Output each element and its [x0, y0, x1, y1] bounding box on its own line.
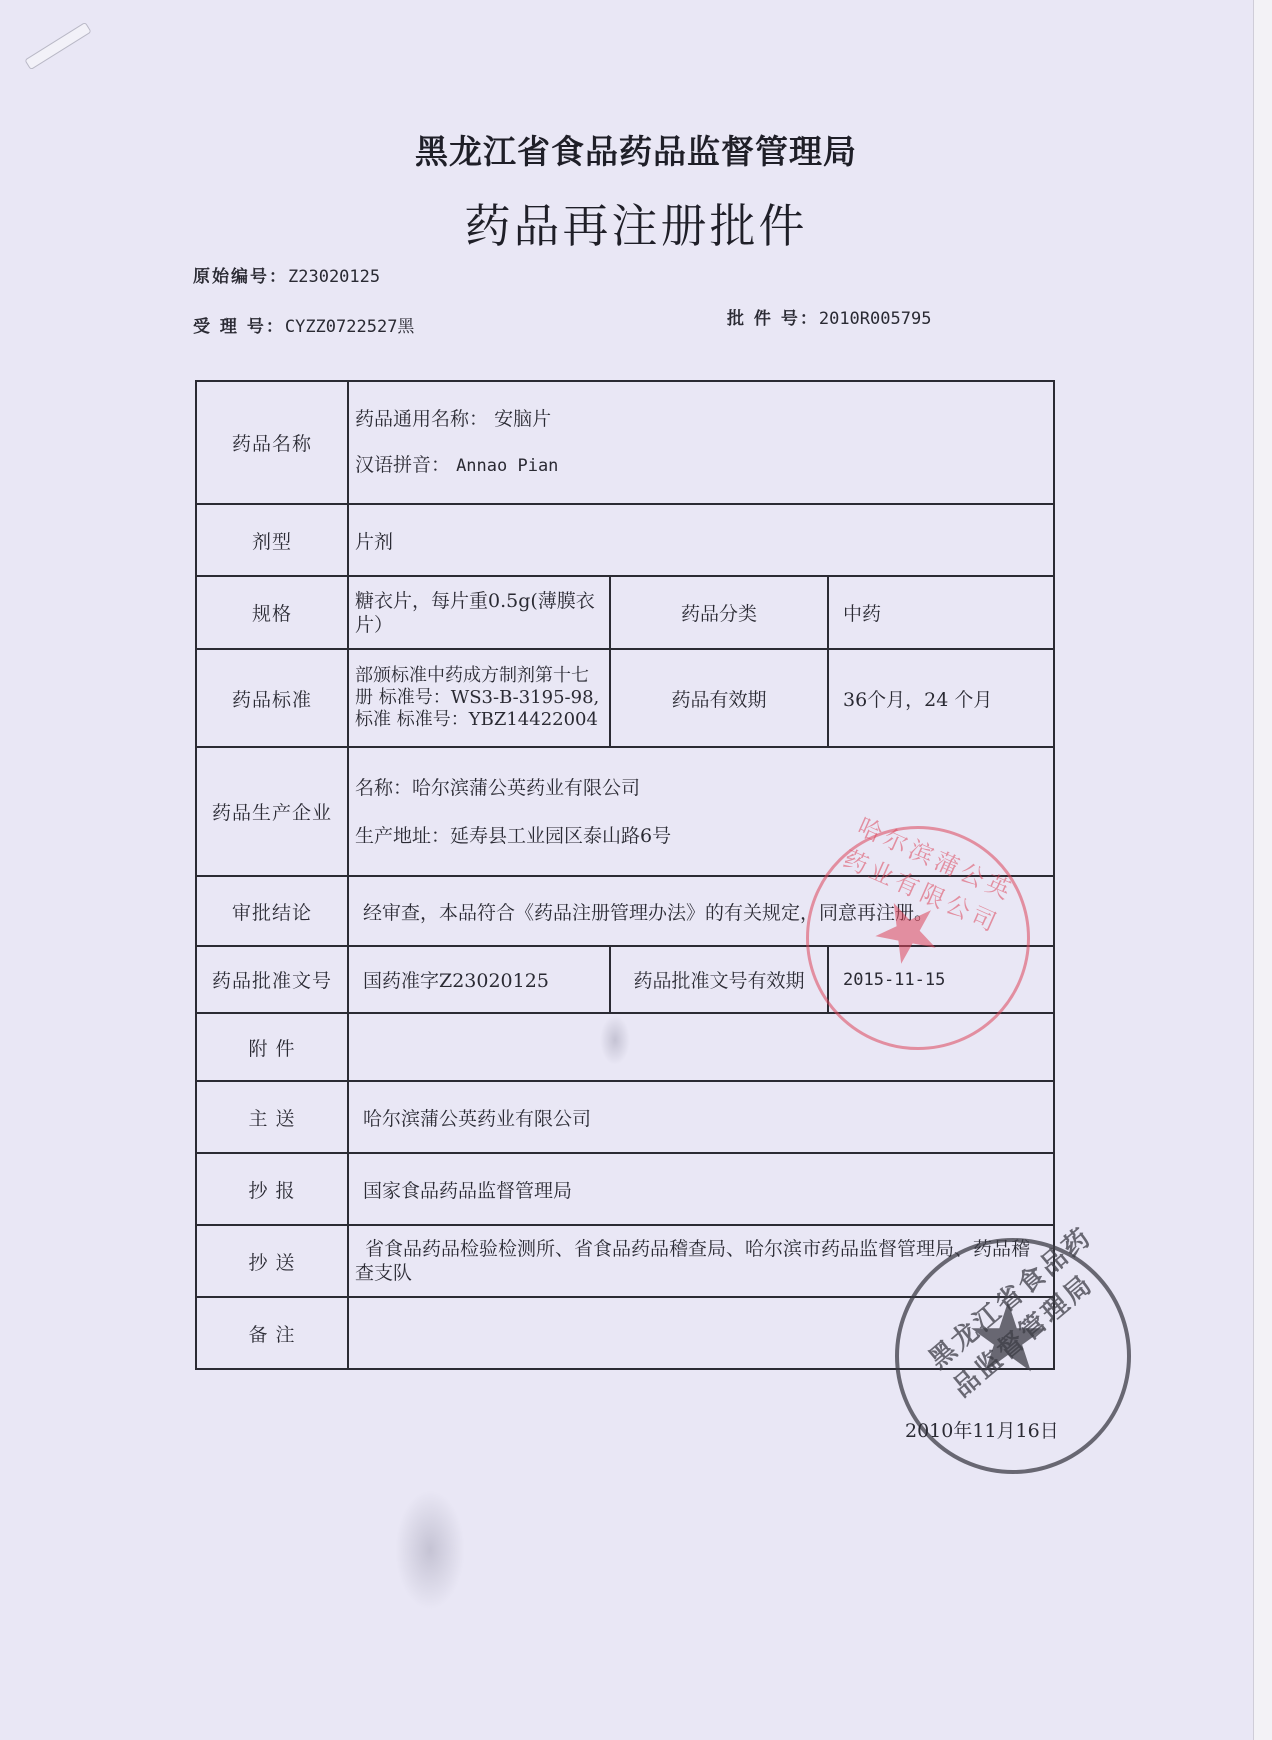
manufacturer-address-value: 延寿县工业园区泰山路6号 — [450, 825, 671, 847]
document-title: 药品再注册批件 — [0, 190, 1272, 256]
specification-value: 糖衣片，每片重0.5g(薄膜衣片） — [348, 576, 610, 649]
star-icon: ★ — [965, 1290, 1051, 1386]
drug-name-cell: 药品通用名称： 安脑片 汉语拼音： Annao Pian — [348, 381, 1054, 504]
approval-number-value: 国药准字Z23020125 — [348, 946, 610, 1013]
main-recipient-value: 哈尔滨蒲公英药业有限公司 — [348, 1081, 1054, 1153]
approval-doc-number-value: 2010R005795 — [819, 309, 932, 329]
shelf-life-label: 药品有效期 — [610, 649, 828, 747]
original-number-label: 原始编号： — [193, 267, 288, 287]
approval-doc-number: 批 件 号：2010R005795 — [727, 304, 931, 329]
agency-title: 黑龙江省食品药品监督管理局 — [0, 126, 1272, 173]
smudge — [395, 1490, 465, 1610]
approval-doc-number-label: 批 件 号： — [727, 309, 819, 329]
shelf-life-value: 36个月，24 个月 — [828, 649, 1054, 747]
attachment-label: 附 件 — [196, 1013, 348, 1081]
staple-mark — [24, 22, 91, 70]
row-drug-name: 药品名称 药品通用名称： 安脑片 汉语拼音： Annao Pian — [196, 381, 1054, 504]
dosage-form-label: 剂型 — [196, 504, 348, 576]
original-number-value: Z23020125 — [288, 267, 380, 287]
category-value: 中药 — [828, 576, 1054, 649]
manufacturer-name-label: 名称： — [355, 777, 412, 799]
approval-validity-label: 药品批准文号有效期 — [610, 946, 828, 1013]
row-standard: 药品标准 部颁标准中药成方制剂第十七册 标准号：WS3-B-3195-98,标准… — [196, 649, 1054, 747]
generic-name-label: 药品通用名称： — [355, 408, 488, 430]
conclusion-label: 审批结论 — [196, 876, 348, 946]
manufacturer-address-label: 生产地址： — [355, 825, 450, 847]
drug-name-label: 药品名称 — [196, 381, 348, 504]
row-dosage-form: 剂型 片剂 — [196, 504, 1054, 576]
manufacturer-name: 名称：哈尔滨蒲公英药业有限公司 — [355, 775, 1047, 801]
generic-name-value: 安脑片 — [494, 408, 551, 430]
specification-label: 规格 — [196, 576, 348, 649]
generic-name: 药品通用名称： 安脑片 — [355, 406, 1047, 432]
company-seal: 哈尔滨蒲公英药业有限公司 ★ — [806, 826, 1030, 1050]
pinyin: 汉语拼音： Annao Pian — [355, 452, 1047, 479]
approval-number-label: 药品批准文号 — [196, 946, 348, 1013]
standard-label: 药品标准 — [196, 649, 348, 747]
manufacturer-label: 药品生产企业 — [196, 747, 348, 876]
row-report-to: 抄 报 国家食品药品监督管理局 — [196, 1153, 1054, 1225]
main-recipient-label: 主 送 — [196, 1081, 348, 1153]
acceptance-number: 受 理 号：CYZZ0722527黑 — [193, 312, 414, 337]
category-label: 药品分类 — [610, 576, 828, 649]
row-main-recipient: 主 送 哈尔滨蒲公英药业有限公司 — [196, 1081, 1054, 1153]
report-to-label: 抄 报 — [196, 1153, 348, 1225]
original-number: 原始编号：Z23020125 — [193, 262, 380, 287]
paper-edge — [1253, 0, 1272, 1740]
remarks-label: 备 注 — [196, 1297, 348, 1369]
pinyin-label: 汉语拼音： — [355, 454, 450, 476]
standard-value: 部颁标准中药成方制剂第十七册 标准号：WS3-B-3195-98,标准 标准号：… — [348, 649, 610, 747]
issue-date: 2010年11月16日 — [905, 1416, 1059, 1443]
pinyin-value: Annao Pian — [456, 456, 558, 476]
report-to-value: 国家食品药品监督管理局 — [348, 1153, 1054, 1225]
dosage-form-value: 片剂 — [348, 504, 1054, 576]
manufacturer-name-value: 哈尔滨蒲公英药业有限公司 — [412, 777, 640, 799]
acceptance-number-value: CYZZ0722527黑 — [285, 317, 415, 337]
row-specification: 规格 糖衣片，每片重0.5g(薄膜衣片） 药品分类 中药 — [196, 576, 1054, 649]
copy-to-label: 抄 送 — [196, 1225, 348, 1297]
acceptance-number-label: 受 理 号： — [193, 317, 285, 337]
